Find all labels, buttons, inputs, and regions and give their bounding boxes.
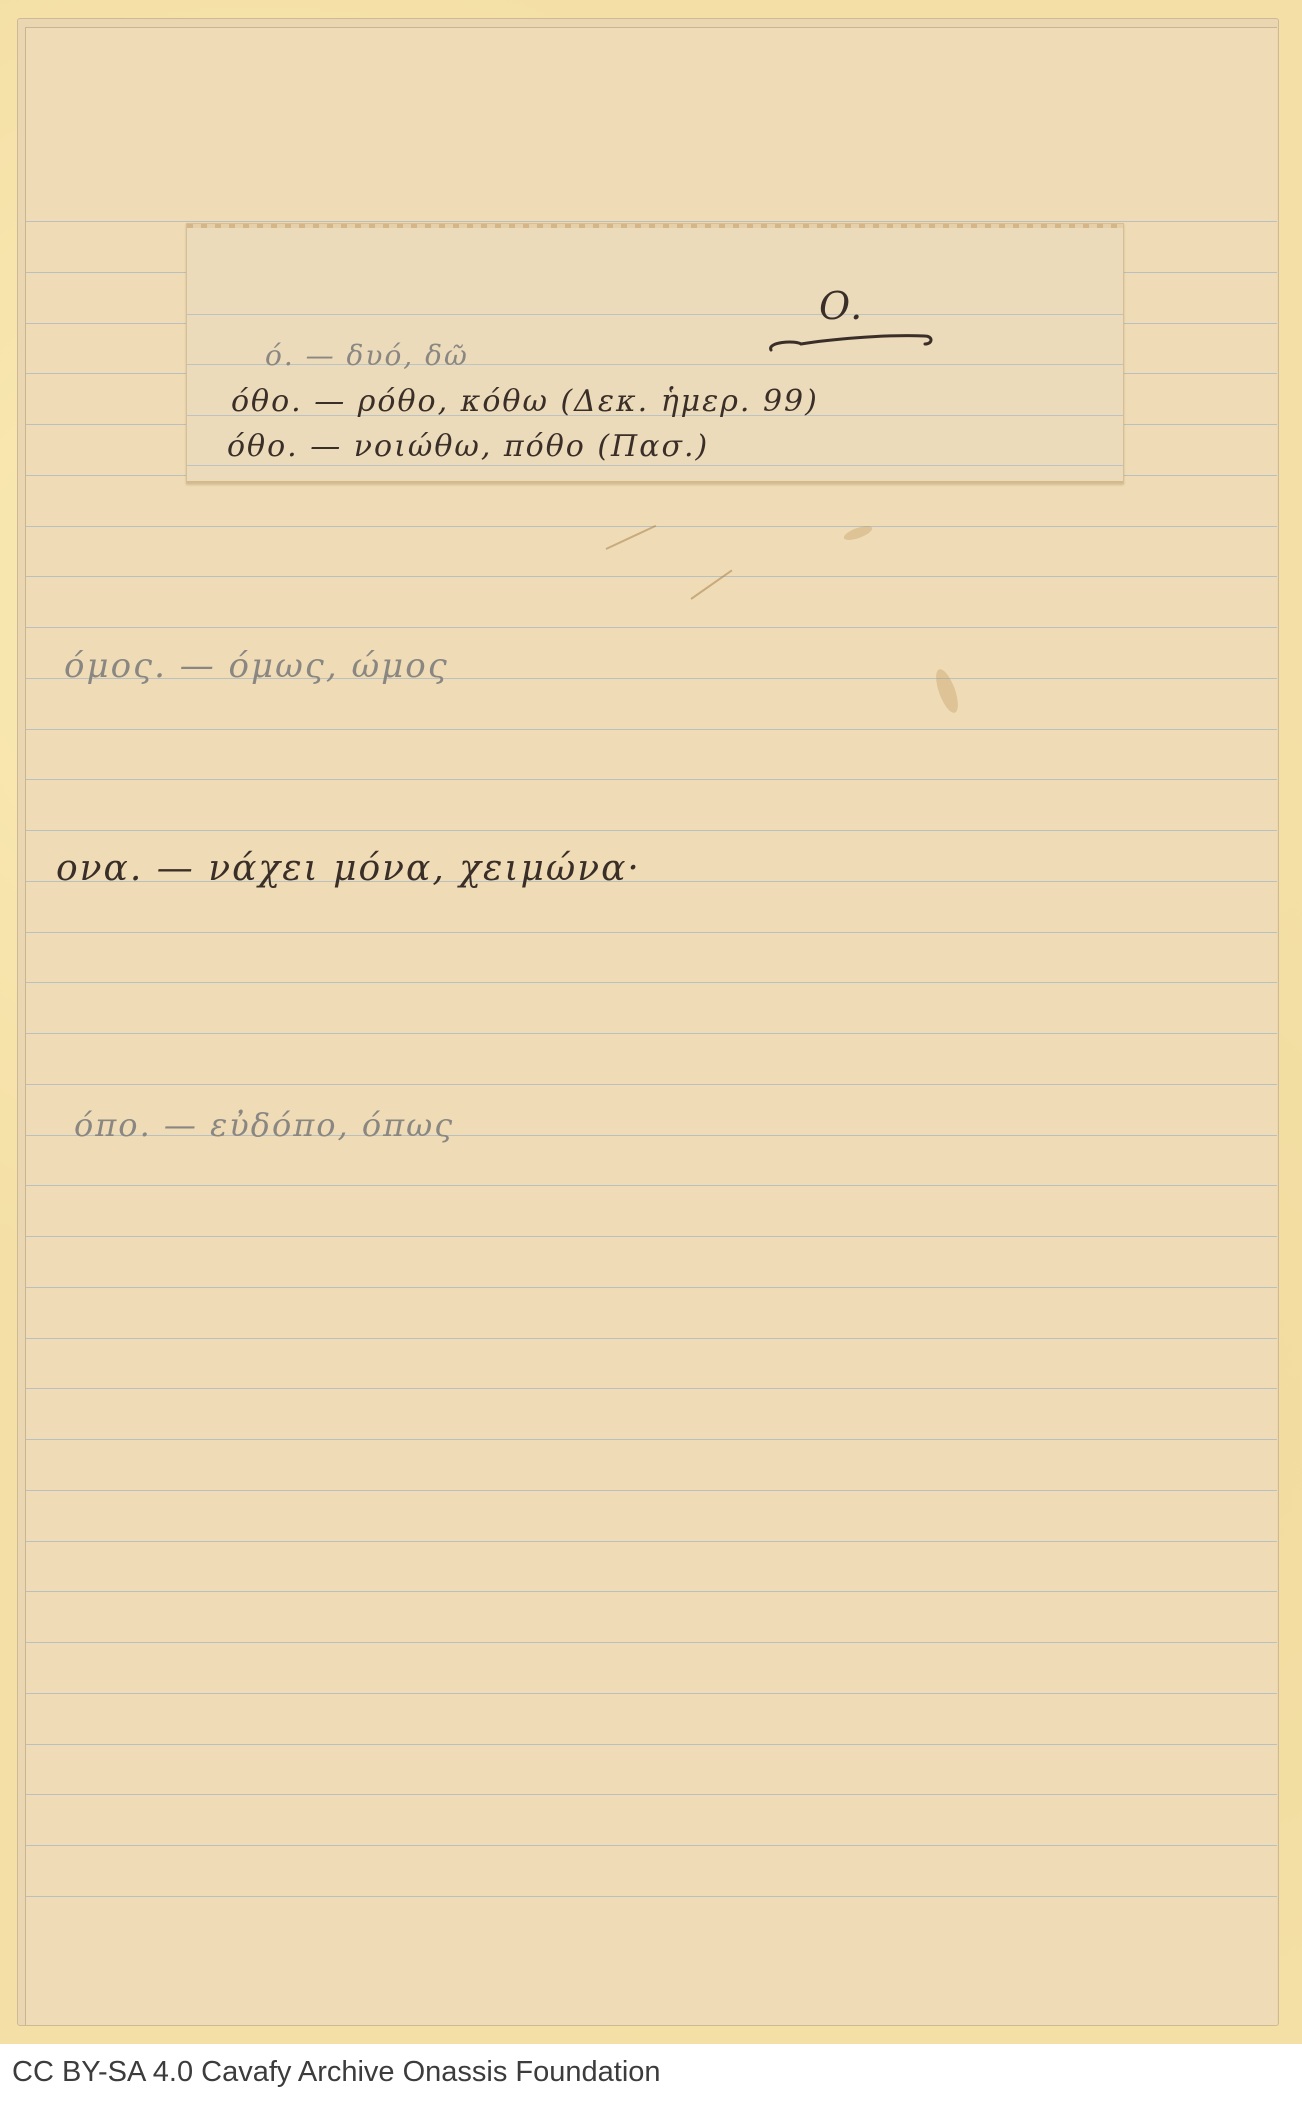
ruled-line (26, 1439, 1277, 1440)
ruled-line (26, 1693, 1277, 1694)
entry-ona: ονα. — νάχει μόνα, χειμώνα· (56, 848, 641, 889)
ruled-line (26, 576, 1277, 577)
ruled-line (26, 932, 1277, 933)
scanned-image: Ο. ό. — δυό, δῶ όθο. — ρόθο, κόθω (Δεκ. … (0, 0, 1302, 2044)
ruled-line (26, 1591, 1277, 1592)
ruled-line (26, 779, 1277, 780)
ruled-line (26, 1033, 1277, 1034)
ruled-line (26, 1287, 1277, 1288)
ruled-line (26, 1338, 1277, 1339)
ruled-paper-sheet: Ο. ό. — δυό, δῶ όθο. — ρόθο, κόθω (Δεκ. … (25, 27, 1277, 2025)
section-heading: Ο. (819, 284, 862, 328)
ruled-line (26, 1084, 1277, 1085)
ruled-line (26, 729, 1277, 730)
ruled-line (26, 1185, 1277, 1186)
license-caption: CC BY-SA 4.0 Cavafy Archive Onassis Foun… (12, 2056, 661, 2089)
ruled-line (26, 1388, 1277, 1389)
ruled-line (26, 627, 1277, 628)
ruled-line (26, 221, 1277, 222)
slip-line-1: ό. — δυό, δῶ (265, 339, 469, 372)
ruled-line (26, 1490, 1277, 1491)
ruled-line (26, 982, 1277, 983)
heading-underline-flourish (765, 332, 935, 356)
ruled-line (26, 1541, 1277, 1542)
ruled-line (26, 1896, 1277, 1897)
ruled-line (26, 830, 1277, 831)
slip-line-3: όθο. — νοιώθω, πόθο (Πασ.) (227, 429, 709, 464)
ruled-line (26, 1236, 1277, 1237)
slip-torn-edge (187, 224, 1123, 228)
entry-omos: όμος. — όμως, ώμος (64, 646, 449, 686)
ruled-line (26, 1845, 1277, 1846)
entry-opo: όπο. — εὐδόπο, όπως (74, 1106, 454, 1144)
pasted-slip: Ο. ό. — δυό, δῶ όθο. — ρόθο, κόθω (Δεκ. … (186, 223, 1124, 484)
slip-rule (187, 465, 1123, 466)
ruled-line (26, 1794, 1277, 1795)
ruled-line (26, 1642, 1277, 1643)
slip-line-2: όθο. — ρόθο, κόθω (Δεκ. ἡμερ. 99) (231, 384, 819, 419)
slip-rule (187, 314, 1123, 315)
ruled-line (26, 1744, 1277, 1745)
